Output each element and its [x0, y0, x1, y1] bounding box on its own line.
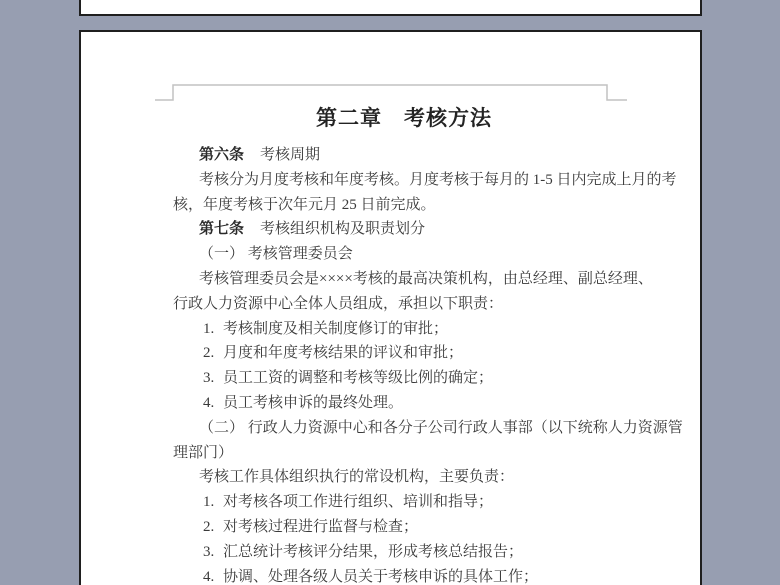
list-number: 4.: [203, 565, 223, 585]
list-number: 2.: [203, 341, 223, 366]
article-title: 考核周期: [260, 147, 320, 163]
previous-page-bottom-edge: [79, 0, 702, 16]
list-item: 1.对考核各项工作进行组织、培训和指导；: [173, 490, 641, 515]
doc-line: 考核分为月度考核和年度考核。月度考核于每月的 1-5 日内完成上月的考: [173, 168, 641, 193]
list-number: 1.: [203, 490, 223, 515]
list-item: 3.员工工资的调整和考核等级比例的确定；: [173, 366, 641, 391]
doc-line: 核，年度考核于次年元月 25 日前完成。: [173, 193, 641, 218]
doc-line: （二） 行政人力资源中心和各分子公司行政人事部（以下统称人力资源管: [173, 416, 641, 441]
list-text: 员工考核申诉的最终处理。: [223, 395, 403, 411]
doc-line: （一） 考核管理委员会: [173, 242, 641, 267]
list-text: 协调、处理各级人员关于考核申诉的具体工作；: [223, 569, 538, 585]
article-number: 第七条: [199, 221, 244, 237]
list-text: 汇总统计考核评分结果，形成考核总结报告；: [223, 544, 523, 560]
list-number: 4.: [203, 391, 223, 416]
list-text: 考核制度及相关制度修订的审批；: [223, 321, 448, 337]
document-body: 第六条考核周期 考核分为月度考核和年度考核。月度考核于每月的 1-5 日内完成上…: [173, 143, 641, 585]
article-heading: 第六条考核周期: [173, 143, 641, 168]
doc-line: 考核工作具体组织执行的常设机构，主要负责：: [173, 465, 641, 490]
article-title: 考核组织机构及职责划分: [260, 221, 425, 237]
doc-line: 行政人力资源中心全体人员组成，承担以下职责：: [173, 292, 641, 317]
article-heading: 第七条考核组织机构及职责划分: [173, 217, 641, 242]
list-item: 2.月度和年度考核结果的评议和审批；: [173, 341, 641, 366]
list-text: 员工工资的调整和考核等级比例的确定；: [223, 370, 493, 386]
list-item: 4.协调、处理各级人员关于考核申诉的具体工作；: [173, 565, 641, 585]
chapter-title: 第二章 考核方法: [173, 102, 635, 132]
list-item: 2.对考核过程进行监督与检查；: [173, 515, 641, 540]
list-text: 月度和年度考核结果的评议和审批；: [223, 345, 463, 361]
article-number: 第六条: [199, 147, 244, 163]
text-boundary-mark: [81, 32, 700, 152]
list-number: 2.: [203, 515, 223, 540]
list-text: 对考核各项工作进行组织、培训和指导；: [223, 494, 493, 510]
list-text: 对考核过程进行监督与检查；: [223, 519, 418, 535]
list-item: 3.汇总统计考核评分结果，形成考核总结报告；: [173, 540, 641, 565]
doc-line: 考核管理委员会是××××考核的最高决策机构，由总经理、副总经理、: [173, 267, 641, 292]
list-number: 3.: [203, 540, 223, 565]
list-number: 3.: [203, 366, 223, 391]
list-item: 1.考核制度及相关制度修订的审批；: [173, 317, 641, 342]
doc-line: 理部门）: [173, 441, 641, 466]
document-preview-canvas: 第二章 考核方法 第六条考核周期 考核分为月度考核和年度考核。月度考核于每月的 …: [0, 0, 780, 585]
document-page: 第二章 考核方法 第六条考核周期 考核分为月度考核和年度考核。月度考核于每月的 …: [79, 30, 702, 585]
list-number: 1.: [203, 317, 223, 342]
list-item: 4.员工考核申诉的最终处理。: [173, 391, 641, 416]
